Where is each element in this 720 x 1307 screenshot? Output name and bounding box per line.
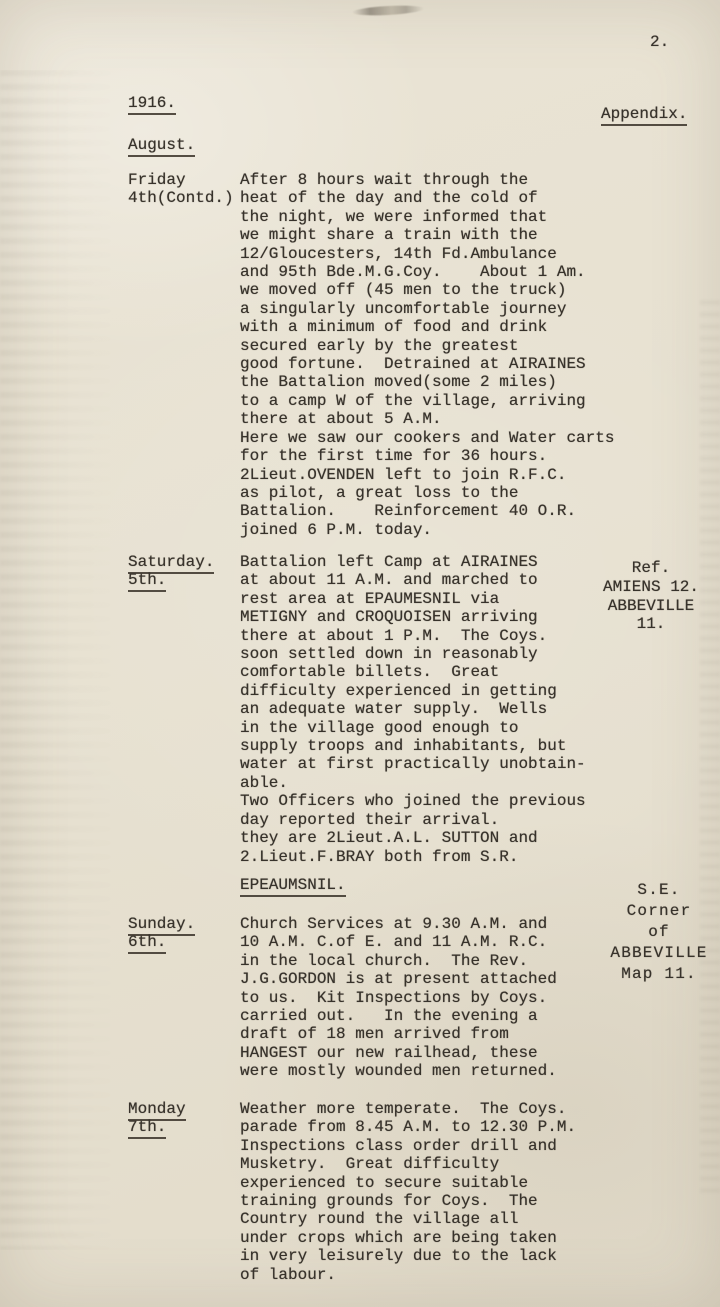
diary-line: experienced to secure suitable bbox=[240, 1174, 576, 1192]
diary-line: there at about 5 A.M. bbox=[240, 410, 614, 428]
date-label: 7th. bbox=[128, 1118, 166, 1139]
day-date-label: Monday7th. bbox=[128, 1100, 186, 1137]
label-line: Monday bbox=[128, 1100, 186, 1118]
margin-note-line: of bbox=[600, 922, 718, 943]
diary-line: secured early by the greatest bbox=[240, 337, 614, 355]
label-line: 4th(Contd.) bbox=[128, 189, 234, 207]
appendix-label: Appendix. bbox=[601, 105, 687, 123]
diary-line: comfortable billets. Great bbox=[240, 663, 586, 681]
margin-note: Ref.AMIENS 12.ABBEVILLE11. bbox=[598, 559, 704, 634]
margin-note-line: S.E. bbox=[600, 880, 718, 901]
diary-line: rest area at EPAUMESNIL via bbox=[240, 590, 586, 608]
diary-line: good fortune. Detrained at AIRAINES bbox=[240, 355, 614, 373]
entry-body: After 8 hours wait through theheat of th… bbox=[240, 171, 614, 539]
place-heading-text: EPEAUMSNIL. bbox=[240, 876, 346, 897]
label-line: Saturday. bbox=[128, 553, 214, 571]
place-heading: EPEAUMSNIL. bbox=[240, 876, 346, 894]
entry-body: Church Services at 9.30 A.M. and10 A.M. … bbox=[240, 915, 557, 1081]
diary-line: at about 11 A.M. and marched to bbox=[240, 571, 586, 589]
diary-line: to a camp W of the village, arriving bbox=[240, 392, 614, 410]
diary-line: draft of 18 men arrived from bbox=[240, 1025, 557, 1043]
diary-line: and 95th Bde.M.G.Coy. About 1 Am. bbox=[240, 263, 614, 281]
diary-line: Church Services at 9.30 A.M. and bbox=[240, 915, 557, 933]
day-date-label: Friday4th(Contd.) bbox=[128, 171, 234, 208]
diary-line: heat of the day and the cold of bbox=[240, 189, 614, 207]
diary-line: joined 6 P.M. today. bbox=[240, 521, 614, 539]
diary-line: Battalion. Reinforcement 40 O.R. bbox=[240, 502, 614, 520]
diary-line: Weather more temperate. The Coys. bbox=[240, 1100, 576, 1118]
diary-line: there at about 1 P.M. The Coys. bbox=[240, 627, 586, 645]
diary-line: water at first practically unobtain- bbox=[240, 755, 586, 773]
diary-line: soon settled down in reasonably bbox=[240, 645, 586, 663]
diary-line: a singularly uncomfortable journey bbox=[240, 300, 614, 318]
appendix-label-text: Appendix. bbox=[601, 105, 687, 126]
diary-line: 2.Lieut.F.BRAY both from S.R. bbox=[240, 848, 586, 866]
margin-note-line: Map 11. bbox=[600, 964, 718, 985]
diary-line: were mostly wounded men returned. bbox=[240, 1062, 557, 1080]
diary-line: the Battalion moved(some 2 miles) bbox=[240, 373, 614, 391]
diary-line: we might share a train with the bbox=[240, 226, 614, 244]
diary-line: After 8 hours wait through the bbox=[240, 171, 614, 189]
diary-line: 12/Gloucesters, 14th Fd.Ambulance bbox=[240, 245, 614, 263]
diary-line: Here we saw our cookers and Water carts bbox=[240, 429, 614, 447]
diary-line: METIGNY and CROQUOISEN arriving bbox=[240, 608, 586, 626]
year-heading-text: 1916. bbox=[128, 94, 176, 115]
date-label: 4th(Contd.) bbox=[128, 189, 234, 207]
margin-note-line: ABBEVILLE bbox=[600, 943, 718, 964]
bleedthrough-right bbox=[700, 300, 720, 1200]
diary-line: with a minimum of food and drink bbox=[240, 318, 614, 336]
month-heading: August. bbox=[128, 136, 195, 154]
diary-line: Inspections class order drill and bbox=[240, 1137, 576, 1155]
diary-line: for the first time for 36 hours. bbox=[240, 447, 614, 465]
day-date-label: Sunday.6th. bbox=[128, 915, 195, 952]
year-heading: 1916. bbox=[128, 94, 176, 112]
date-label: 6th. bbox=[128, 933, 166, 954]
diary-line: HANGEST our new railhead, these bbox=[240, 1044, 557, 1062]
day-label: Friday bbox=[128, 171, 186, 189]
label-line: 6th. bbox=[128, 933, 195, 951]
margin-note-line: Corner bbox=[600, 901, 718, 922]
diary-line: difficulty experienced in getting bbox=[240, 682, 586, 700]
diary-line: Battalion left Camp at AIRAINES bbox=[240, 553, 586, 571]
diary-line: we moved off (45 men to the truck) bbox=[240, 281, 614, 299]
place-heading-line: EPEAUMSNIL. bbox=[240, 876, 346, 894]
margin-note-line: AMIENS 12. bbox=[598, 578, 704, 597]
diary-line: carried out. In the evening a bbox=[240, 1007, 557, 1025]
entry-body: Weather more temperate. The Coys.parade … bbox=[240, 1100, 576, 1284]
diary-line: parade from 8.45 A.M. to 12.30 P.M. bbox=[240, 1118, 576, 1136]
diary-line: day reported their arrival. bbox=[240, 811, 586, 829]
diary-line: in the local church. The Rev. bbox=[240, 952, 557, 970]
diary-line: Musketry. Great difficulty bbox=[240, 1155, 576, 1173]
diary-line: the night, we were informed that bbox=[240, 208, 614, 226]
diary-line: as pilot, a great loss to the bbox=[240, 484, 614, 502]
diary-line: Two Officers who joined the previous bbox=[240, 792, 586, 810]
entry-body: Battalion left Camp at AIRAINESat about … bbox=[240, 553, 586, 866]
diary-line: Country round the village all bbox=[240, 1210, 576, 1228]
bleedthrough-left bbox=[0, 70, 118, 1250]
diary-line: in the village good enough to bbox=[240, 719, 586, 737]
label-line: 5th. bbox=[128, 571, 214, 589]
scanned-diary-page: 2. 1916. Appendix. August. Friday4th(Con… bbox=[0, 0, 720, 1307]
label-line: Sunday. bbox=[128, 915, 195, 933]
margin-note-line: ABBEVILLE bbox=[598, 597, 704, 616]
margin-note-line: 11. bbox=[598, 615, 704, 634]
diary-line: of labour. bbox=[240, 1266, 576, 1284]
month-heading-text: August. bbox=[128, 136, 195, 157]
diary-line: they are 2Lieut.A.L. SUTTON and bbox=[240, 829, 586, 847]
label-line: 7th. bbox=[128, 1118, 186, 1136]
diary-line: to us. Kit Inspections by Coys. bbox=[240, 989, 557, 1007]
diary-line: under crops which are being taken bbox=[240, 1229, 576, 1247]
date-label: 5th. bbox=[128, 571, 166, 592]
diary-line: training grounds for Coys. The bbox=[240, 1192, 576, 1210]
day-date-label: Saturday.5th. bbox=[128, 553, 214, 590]
margin-note: S.E.CornerofABBEVILLEMap 11. bbox=[600, 880, 718, 985]
label-line: Friday bbox=[128, 171, 234, 189]
diary-line: an adequate water supply. Wells bbox=[240, 700, 586, 718]
page-number: 2. bbox=[650, 33, 669, 51]
diary-line: supply troops and inhabitants, but bbox=[240, 737, 586, 755]
diary-line: J.G.GORDON is at present attached bbox=[240, 970, 557, 988]
diary-line: able. bbox=[240, 774, 586, 792]
diary-line: 2Lieut.OVENDEN left to join R.F.C. bbox=[240, 466, 614, 484]
margin-note-line: Ref. bbox=[598, 559, 704, 578]
diary-line: in very leisurely due to the lack bbox=[240, 1247, 576, 1265]
diary-line: 10 A.M. C.of E. and 11 A.M. R.C. bbox=[240, 933, 557, 951]
smudge-mark bbox=[352, 4, 424, 17]
